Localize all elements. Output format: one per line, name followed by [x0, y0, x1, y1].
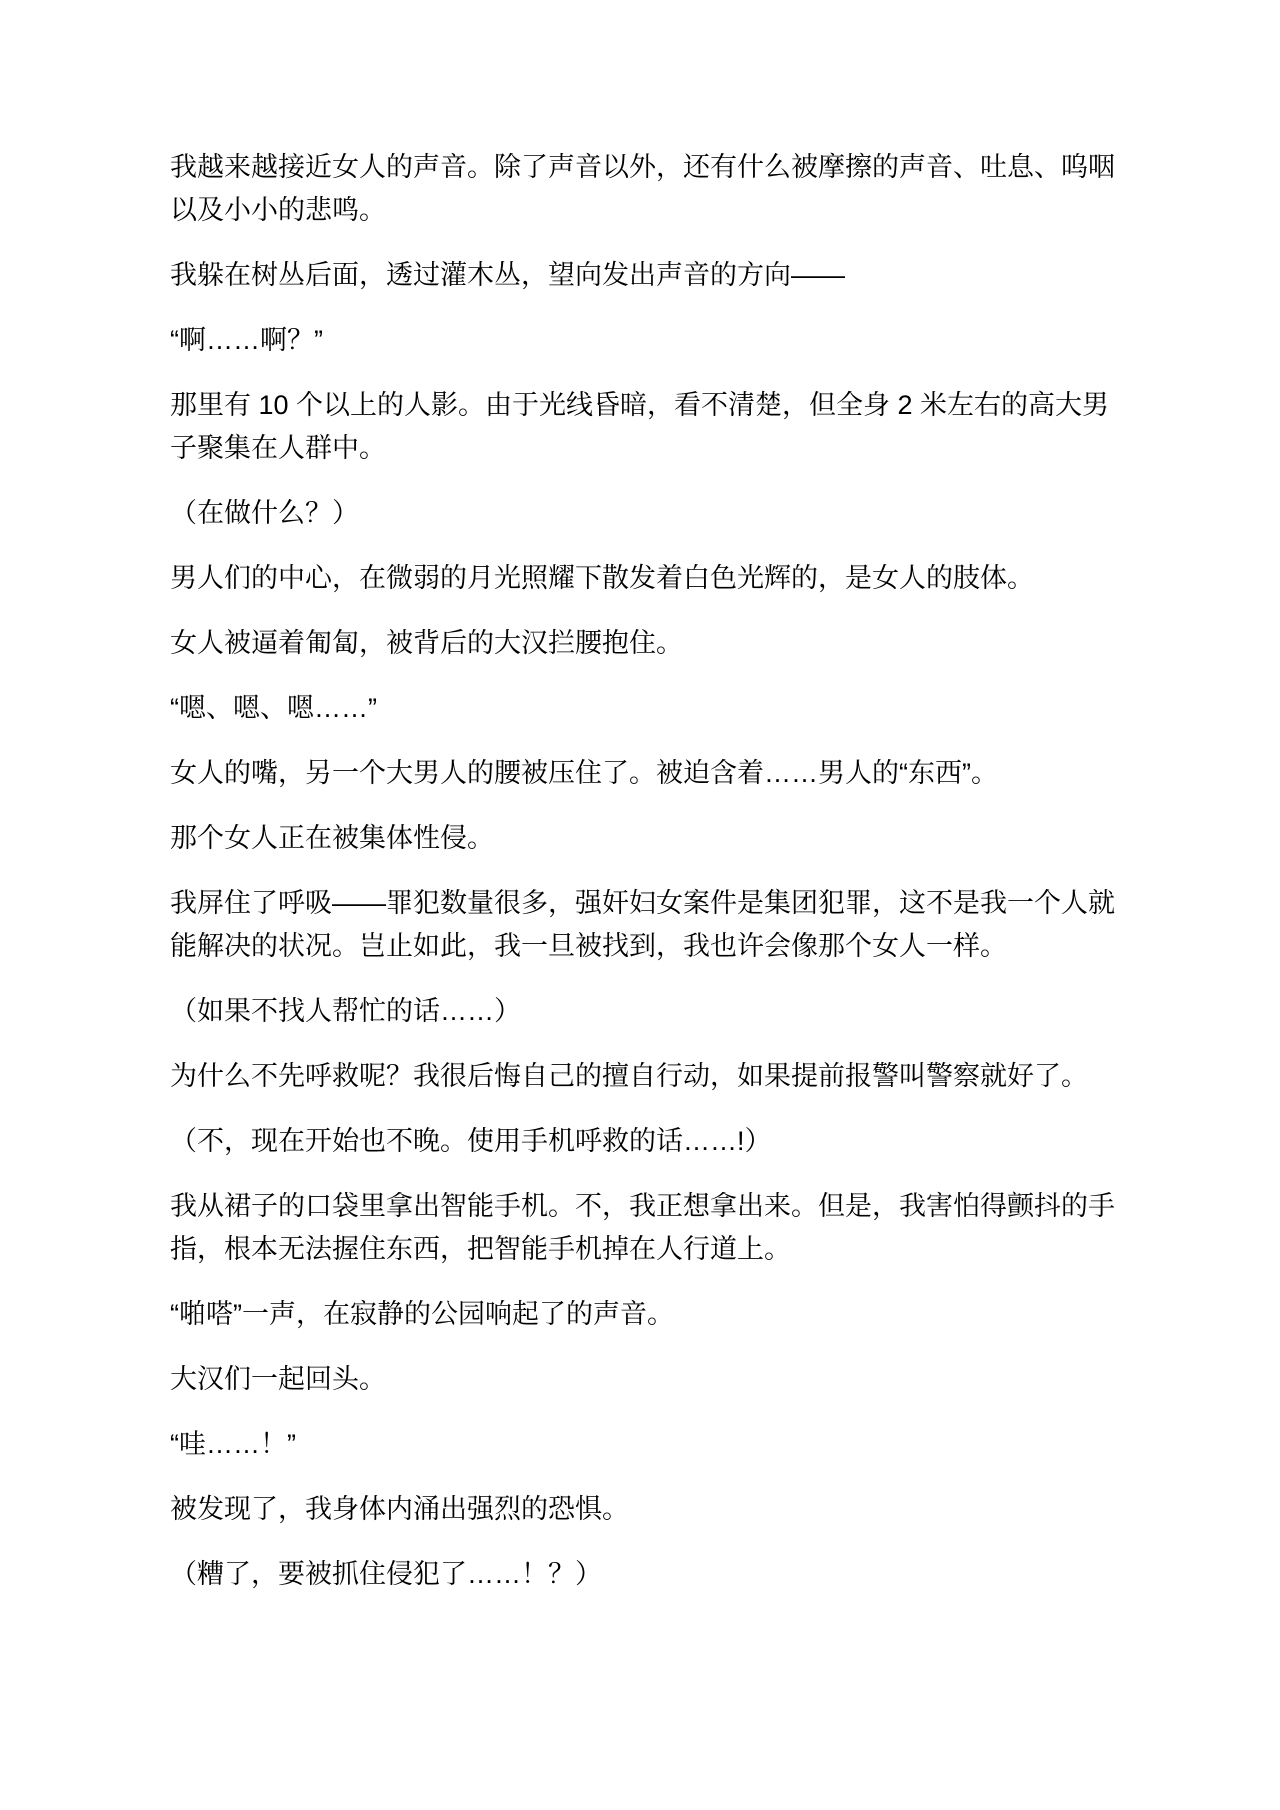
document-body: 我越来越接近女人的声音。除了声音以外，还有什么被摩擦的声音、吐息、呜咽以及小小的… [170, 146, 1120, 1596]
paragraph: “嗯、嗯、嗯……” [170, 687, 1120, 730]
paragraph: （糟了，要被抓住侵犯了……！？） [170, 1553, 1120, 1596]
paragraph: 我屏住了呼吸——罪犯数量很多，强奸妇女案件是集团犯罪，这不是我一个人就能解决的状… [170, 882, 1120, 968]
document-page: 我越来越接近女人的声音。除了声音以外，还有什么被摩擦的声音、吐息、呜咽以及小小的… [0, 0, 1280, 1810]
paragraph: （不，现在开始也不晚。使用手机呼救的话……!） [170, 1120, 1120, 1163]
paragraph: 大汉们一起回头。 [170, 1358, 1120, 1401]
paragraph: 我躲在树丛后面，透过灌木丛，望向发出声音的方向—— [170, 254, 1120, 297]
paragraph: （在做什么？） [170, 492, 1120, 535]
paragraph: 为什么不先呼救呢？我很后悔自己的擅自行动，如果提前报警叫警察就好了。 [170, 1055, 1120, 1098]
paragraph: “啪嗒”一声，在寂静的公园响起了的声音。 [170, 1293, 1120, 1336]
paragraph: 那个女人正在被集体性侵。 [170, 817, 1120, 860]
paragraph: 被发现了，我身体内涌出强烈的恐惧。 [170, 1488, 1120, 1531]
paragraph: 女人被逼着匍匐，被背后的大汉拦腰抱住。 [170, 622, 1120, 665]
paragraph: （如果不找人帮忙的话……） [170, 990, 1120, 1033]
paragraph: 我从裙子的口袋里拿出智能手机。不，我正想拿出来。但是，我害怕得颤抖的手指，根本无… [170, 1185, 1120, 1271]
paragraph: 我越来越接近女人的声音。除了声音以外，还有什么被摩擦的声音、吐息、呜咽以及小小的… [170, 146, 1120, 232]
paragraph: “啊……啊？” [170, 319, 1120, 362]
paragraph: 那里有 10 个以上的人影。由于光线昏暗，看不清楚，但全身 2 米左右的高大男子… [170, 384, 1120, 470]
paragraph: 男人们的中心，在微弱的月光照耀下散发着白色光辉的，是女人的肢体。 [170, 557, 1120, 600]
paragraph: “哇……！” [170, 1423, 1120, 1466]
paragraph: 女人的嘴，另一个大男人的腰被压住了。被迫含着……男人的“东西”。 [170, 752, 1120, 795]
